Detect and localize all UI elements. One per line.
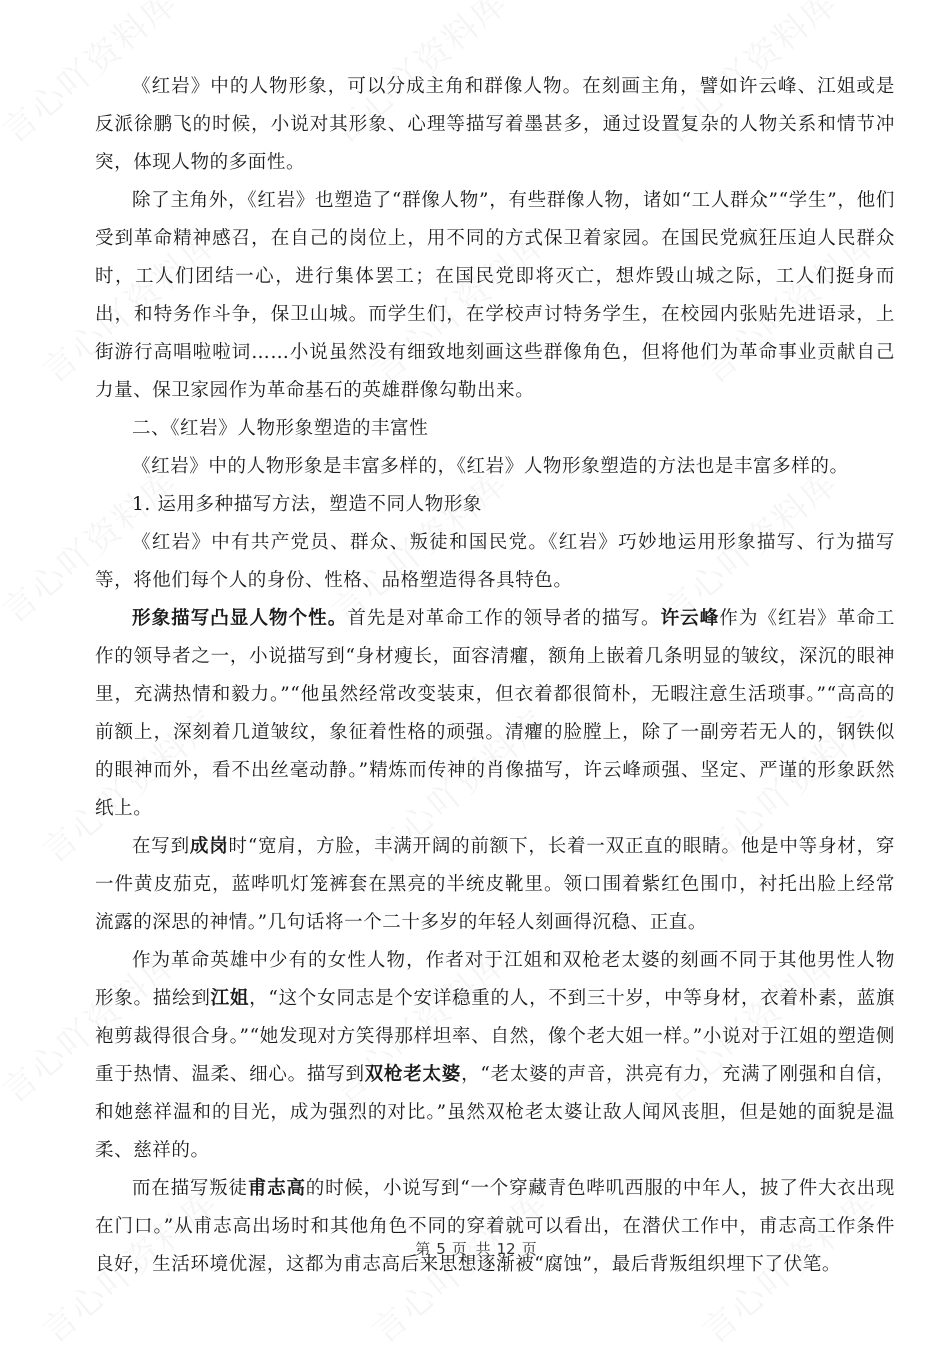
- paragraph-text: 而在描写叛徒: [132, 1178, 248, 1199]
- body-paragraph: 除了主角外，《红岩》也塑造了“群像人物”，有些群像人物，诸如“工人群众”“学生”…: [95, 182, 895, 410]
- document-page-body: 《红岩》中的人物形象，可以分成主角和群像人物。在刻画主角，譬如许云峰、江姐或是反…: [95, 68, 895, 1284]
- current-page-number: 5: [436, 1240, 446, 1258]
- paragraph-text: 除了主角外，《红岩》也塑造了“群像人物”，有些群像人物，诸如“工人群众”“学生”…: [95, 190, 895, 401]
- page-number-middle: 页 共: [452, 1240, 491, 1258]
- page-footer: 第5页 共12页: [0, 1238, 952, 1259]
- paragraph-text: 作为《红岩》革命工作的领导者之一，小说描写到“身材瘦长，面容清癯，额角上嵌着几条…: [95, 608, 895, 819]
- total-pages-number: 12: [497, 1240, 516, 1258]
- body-paragraph: 《红岩》中的人物形象，可以分成主角和群像人物。在刻画主角，譬如许云峰、江姐或是反…: [95, 68, 895, 182]
- paragraph-text: 《红岩》中的人物形象是丰富多样的，《红岩》人物形象塑造的方法也是丰富多样的。: [132, 456, 849, 477]
- paragraph-text: 1. 运用多种描写方法，塑造不同人物形象: [132, 494, 482, 515]
- emphasis-text: 形象描写凸显人物个性。: [132, 608, 347, 629]
- paragraph-text: 《红岩》中有共产党员、群众、叛徒和国民党。《红岩》巧妙地运用形象描写、行为描写等…: [95, 532, 895, 591]
- section-heading: 1. 运用多种描写方法，塑造不同人物形象: [95, 486, 895, 524]
- emphasis-text: 甫志高: [248, 1178, 306, 1199]
- body-paragraph: 而在描写叛徒甫志高的时候，小说写到“一个穿藏青色哔叽西服的中年人，披了件大衣出现…: [95, 1170, 895, 1284]
- emphasis-text: 江姐: [211, 988, 250, 1009]
- body-paragraph: 在写到成岗时“宽肩，方脸，丰满开阔的前额下，长着一双正直的眼睛。他是中等身材，穿…: [95, 828, 895, 942]
- page-number-suffix: 页: [522, 1240, 537, 1258]
- body-paragraph: 《红岩》中的人物形象是丰富多样的，《红岩》人物形象塑造的方法也是丰富多样的。: [95, 448, 895, 486]
- body-paragraph: 形象描写凸显人物个性。首先是对革命工作的领导者的描写。许云峰作为《红岩》革命工作…: [95, 600, 895, 828]
- paragraph-text: 二、《红岩》人物形象塑造的丰富性: [132, 418, 428, 439]
- paragraph-text: 《红岩》中的人物形象，可以分成主角和群像人物。在刻画主角，譬如许云峰、江姐或是反…: [95, 76, 895, 173]
- emphasis-text: 双枪老太婆: [365, 1064, 461, 1085]
- body-paragraph: 《红岩》中有共产党员、群众、叛徒和国民党。《红岩》巧妙地运用形象描写、行为描写等…: [95, 524, 895, 600]
- body-paragraph: 作为革命英雄中少有的女性人物，作者对于江姐和双枪老太婆的刻画不同于其他男性人物形…: [95, 942, 895, 1170]
- emphasis-text: 许云峰: [661, 608, 720, 629]
- emphasis-text: 成岗: [190, 836, 229, 857]
- paragraph-text: 在写到: [132, 836, 190, 857]
- section-heading: 二、《红岩》人物形象塑造的丰富性: [95, 410, 895, 448]
- page-number-prefix: 第: [415, 1240, 430, 1258]
- paragraph-text: 首先是对革命工作的领导者的描写。: [347, 608, 660, 629]
